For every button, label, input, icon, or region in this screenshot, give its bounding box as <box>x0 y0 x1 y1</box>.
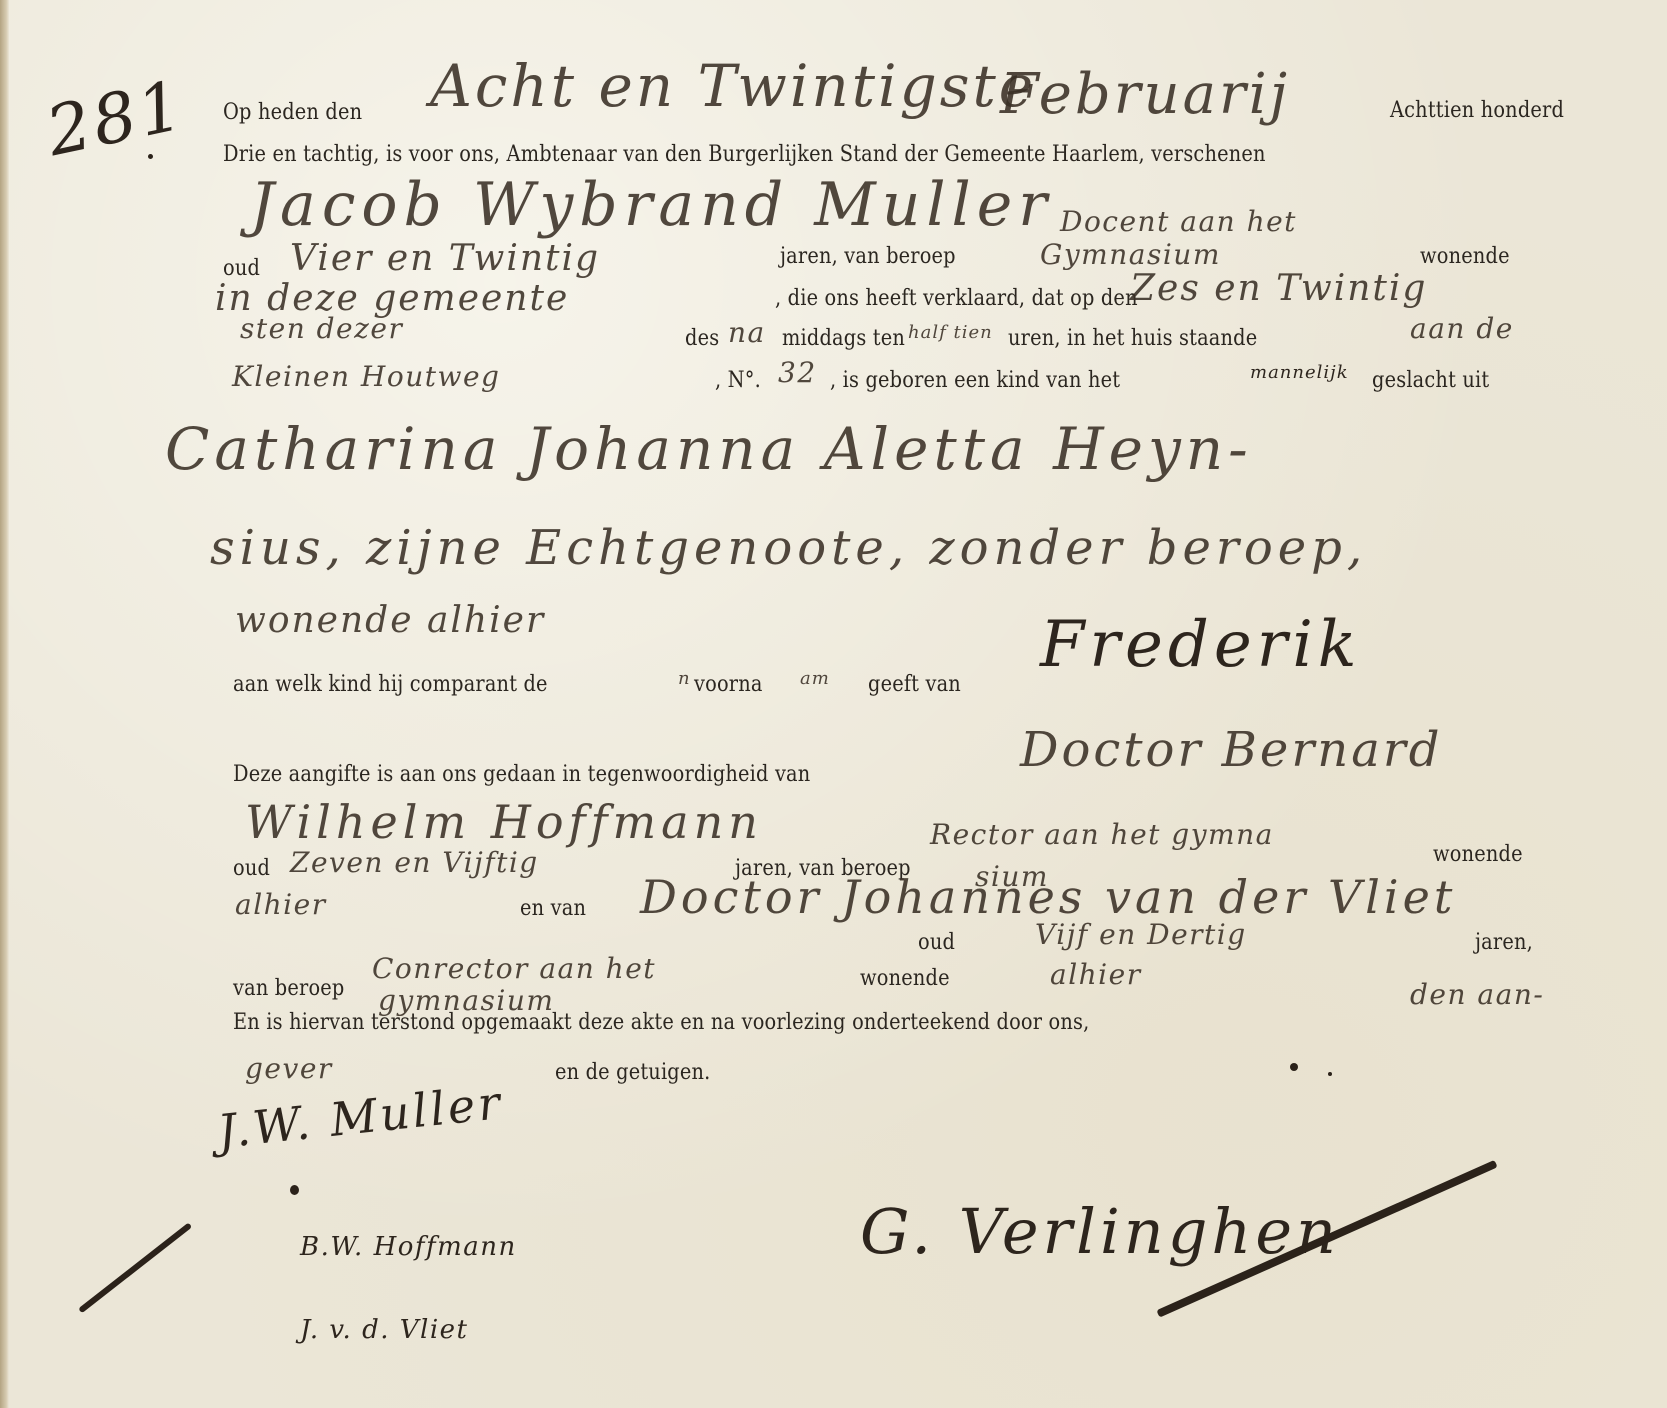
handwritten-declarant-label: den aan- <box>1410 978 1544 1011</box>
printed-voorna: voorna <box>694 672 763 697</box>
printed-oud-2: oud <box>233 856 270 881</box>
printed-en-is-hiervan: En is hiervan terstond opgemaakt deze ak… <box>233 1010 1089 1035</box>
signature-dot <box>290 1185 299 1195</box>
ink-dot <box>1290 1063 1298 1071</box>
handwritten-hour: half tien <box>908 322 993 343</box>
handwritten-date-day: Acht en Twintigste <box>430 52 1036 120</box>
handwritten-house-number: 32 <box>778 356 817 389</box>
printed-middags-ten: middags ten <box>782 326 905 351</box>
printed-geslacht-uit: geslacht uit <box>1372 368 1489 393</box>
handwritten-declarant-label-2: gever <box>245 1052 333 1085</box>
handwritten-mother-name-2: sius, zijne Echtgenoote, zonder beroep, <box>210 520 1367 576</box>
printed-geeft-van: geeft van <box>868 672 961 697</box>
signature-witness1: B.W. Hoffmann <box>300 1232 517 1262</box>
printed-achttien-honderd: Achttien honderd <box>1390 98 1564 123</box>
margin-dot <box>148 154 153 159</box>
handwritten-witness1-residence: alhier <box>235 888 327 921</box>
printed-op-heden-den: Op heden den <box>223 100 362 125</box>
printed-en-van: en van <box>520 896 586 921</box>
printed-aan-welk-kind: aan welk kind hij comparant de <box>233 672 548 697</box>
record-number: 281 <box>40 66 192 172</box>
printed-van-beroep-3: van beroep <box>233 976 344 1001</box>
handwritten-profession-2: Gymnasium <box>1040 238 1221 271</box>
handwritten-witness1-name-1: Doctor Bernard <box>1020 722 1442 778</box>
handwritten-declarant-name: Jacob Wybrand Muller <box>250 170 1053 240</box>
handwritten-sex: mannelijk <box>1250 362 1349 383</box>
printed-jaren-van-beroep: jaren, van beroep <box>780 244 956 269</box>
handwritten-child-name: Frederik <box>1040 608 1362 682</box>
printed-uren-in-het-huis: uren, in het huis staande <box>1008 326 1257 351</box>
document-page: 281 Op heden den Acht en Twintigste Febr… <box>0 0 1667 1408</box>
handwritten-name-suffix-1: n <box>678 668 691 689</box>
handwritten-mother-name-1: Catharina Johanna Aletta Heyn- <box>165 415 1253 483</box>
handwritten-name-suffix-2: am <box>800 668 830 689</box>
printed-wonende: wonende <box>1420 244 1510 269</box>
printed-no: , N°. <box>715 368 761 393</box>
handwritten-declarant-age: Vier en Twintig <box>290 238 600 279</box>
handwritten-street-2: Kleinen Houtweg <box>232 360 500 393</box>
handwritten-witness2-name: Doctor Johannes van der Vliet <box>640 870 1456 924</box>
handwritten-date-month: Februarij <box>1000 62 1290 127</box>
printed-oud-3: oud <box>918 930 955 955</box>
handwritten-witness2-residence: alhier <box>1050 958 1142 991</box>
printed-deze-aangifte: Deze aangifte is aan ons gedaan in tegen… <box>233 762 810 787</box>
printed-die-ons-heeft-verklaard: , die ons heeft verklaard, dat op den <box>775 286 1138 311</box>
printed-wonende-3: wonende <box>860 966 950 991</box>
handwritten-witness2-age: Vijf en Dertig <box>1035 918 1247 951</box>
handwritten-profession-1: Docent aan het <box>1060 205 1297 238</box>
printed-des: des <box>685 326 719 351</box>
handwritten-witness1-name-2: Wilhelm Hoffmann <box>245 795 763 849</box>
printed-is-geboren: , is geboren een kind van het <box>830 368 1120 393</box>
signature-witness2: J. v. d. Vliet <box>300 1315 468 1345</box>
printed-drie-en-tachtig: Drie en tachtig, is voor ons, Ambtenaar … <box>223 142 1266 167</box>
printed-en-de-getuigen: en de getuigen. <box>555 1060 710 1085</box>
handwritten-mother-residence: wonende alhier <box>235 600 545 641</box>
handwritten-witness1-age: Zeven en Vijftig <box>290 846 539 879</box>
signature-official: G. Verlinghen <box>860 1195 1340 1268</box>
printed-jaren-3: jaren, <box>1475 930 1533 955</box>
handwritten-birth-day: Zes en Twintig <box>1130 268 1427 309</box>
ink-dot-small <box>1328 1072 1332 1076</box>
printed-wonende-2: wonende <box>1433 842 1523 867</box>
handwritten-witness1-profession-1: Rector aan het gymna <box>930 818 1274 851</box>
signature-declarant: J.W. Muller <box>215 1075 505 1159</box>
handwritten-birth-day-2: sten dezer <box>240 312 403 345</box>
handwritten-witness2-profession-1: Conrector aan het <box>372 952 656 985</box>
page-edge <box>0 0 9 1408</box>
signature-flourish <box>78 1222 192 1313</box>
handwritten-daypart: na <box>728 316 766 349</box>
handwritten-street-1: aan de <box>1410 312 1514 345</box>
